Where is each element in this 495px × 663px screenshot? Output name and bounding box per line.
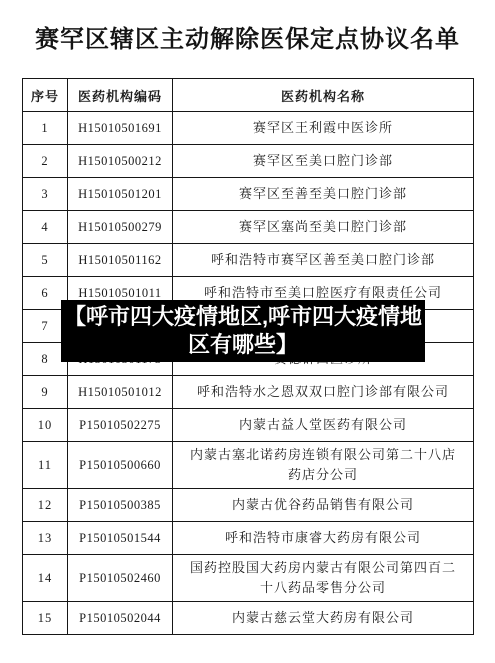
cell-name: 赛罕区至美口腔门诊部 [173, 145, 474, 178]
document-page: 赛罕区辖区主动解除医保定点协议名单 序号 医药机构编码 医药机构名称 1H150… [0, 0, 495, 663]
cell-code: H15010501012 [68, 376, 173, 409]
cell-code: P15010502460 [68, 555, 173, 602]
table-row: 1H15010501691赛罕区王利霞中医诊所 [23, 112, 474, 145]
cell-name: 呼和浩特市赛罕区善至美口腔门诊部 [173, 244, 474, 277]
cell-code: H15010500279 [68, 211, 173, 244]
cell-code: H15010501201 [68, 178, 173, 211]
cell-num: 11 [23, 442, 68, 489]
table-row: 12P15010500385内蒙古优谷药品销售有限公司 [23, 489, 474, 522]
watermark-line-2: 区有哪些】 [188, 331, 298, 359]
cell-name: 呼和浩特市康睿大药房有限公司 [173, 522, 474, 555]
table-row: 2H15010500212赛罕区至美口腔门诊部 [23, 145, 474, 178]
cell-num: 15 [23, 602, 68, 635]
cell-code: P15010501544 [68, 522, 173, 555]
watermark-line-1: 【呼市四大疫情地区,呼市四大疫情地 [64, 303, 422, 331]
table-body: 1H15010501691赛罕区王利霞中医诊所2H15010500212赛罕区至… [23, 112, 474, 635]
cell-num: 14 [23, 555, 68, 602]
header-serial-number: 序号 [23, 79, 68, 112]
header-institution-name: 医药机构名称 [173, 79, 474, 112]
cell-name: 内蒙古优谷药品销售有限公司 [173, 489, 474, 522]
cell-code: P15010500660 [68, 442, 173, 489]
cell-name: 内蒙古益人堂医药有限公司 [173, 409, 474, 442]
table-row: 15P15010502044内蒙古慈云堂大药房有限公司 [23, 602, 474, 635]
table-row: 11P15010500660内蒙古塞北诺药房连锁有限公司第二十八店药店分公司 [23, 442, 474, 489]
cell-name: 内蒙古塞北诺药房连锁有限公司第二十八店药店分公司 [173, 442, 474, 489]
cell-num: 4 [23, 211, 68, 244]
cell-num: 5 [23, 244, 68, 277]
table-row: 13P15010501544呼和浩特市康睿大药房有限公司 [23, 522, 474, 555]
document-title: 赛罕区辖区主动解除医保定点协议名单 [0, 19, 495, 54]
cell-name: 内蒙古慈云堂大药房有限公司 [173, 602, 474, 635]
table-row: 4H15010500279赛罕区塞尚至美口腔门诊部 [23, 211, 474, 244]
table-row: 5H15010501162呼和浩特市赛罕区善至美口腔门诊部 [23, 244, 474, 277]
cell-code: P15010500385 [68, 489, 173, 522]
cell-num: 12 [23, 489, 68, 522]
cell-name: 国药控股国大药房内蒙古有限公司第四百二十八药品零售分公司 [173, 555, 474, 602]
cell-name: 赛罕区至善至美口腔门诊部 [173, 178, 474, 211]
cell-code: P15010502044 [68, 602, 173, 635]
cell-code: H15010501162 [68, 244, 173, 277]
cell-code: H15010500212 [68, 145, 173, 178]
cell-code: H15010501691 [68, 112, 173, 145]
watermark-overlay: 【呼市四大疫情地区,呼市四大疫情地 区有哪些】 [61, 300, 425, 362]
table-row: 9H15010501012呼和浩特水之恩双双口腔门诊部有限公司 [23, 376, 474, 409]
cell-num: 3 [23, 178, 68, 211]
cell-num: 2 [23, 145, 68, 178]
table-row: 14P15010502460国药控股国大药房内蒙古有限公司第四百二十八药品零售分… [23, 555, 474, 602]
cell-name: 呼和浩特水之恩双双口腔门诊部有限公司 [173, 376, 474, 409]
cell-name: 赛罕区塞尚至美口腔门诊部 [173, 211, 474, 244]
cell-num: 1 [23, 112, 68, 145]
header-institution-code: 医药机构编码 [68, 79, 173, 112]
table-row: 10P15010502275内蒙古益人堂医药有限公司 [23, 409, 474, 442]
cell-code: P15010502275 [68, 409, 173, 442]
table-row: 3H15010501201赛罕区至善至美口腔门诊部 [23, 178, 474, 211]
table-header-row: 序号 医药机构编码 医药机构名称 [23, 79, 474, 112]
cell-num: 13 [23, 522, 68, 555]
cell-name: 赛罕区王利霞中医诊所 [173, 112, 474, 145]
cell-num: 9 [23, 376, 68, 409]
cell-num: 10 [23, 409, 68, 442]
